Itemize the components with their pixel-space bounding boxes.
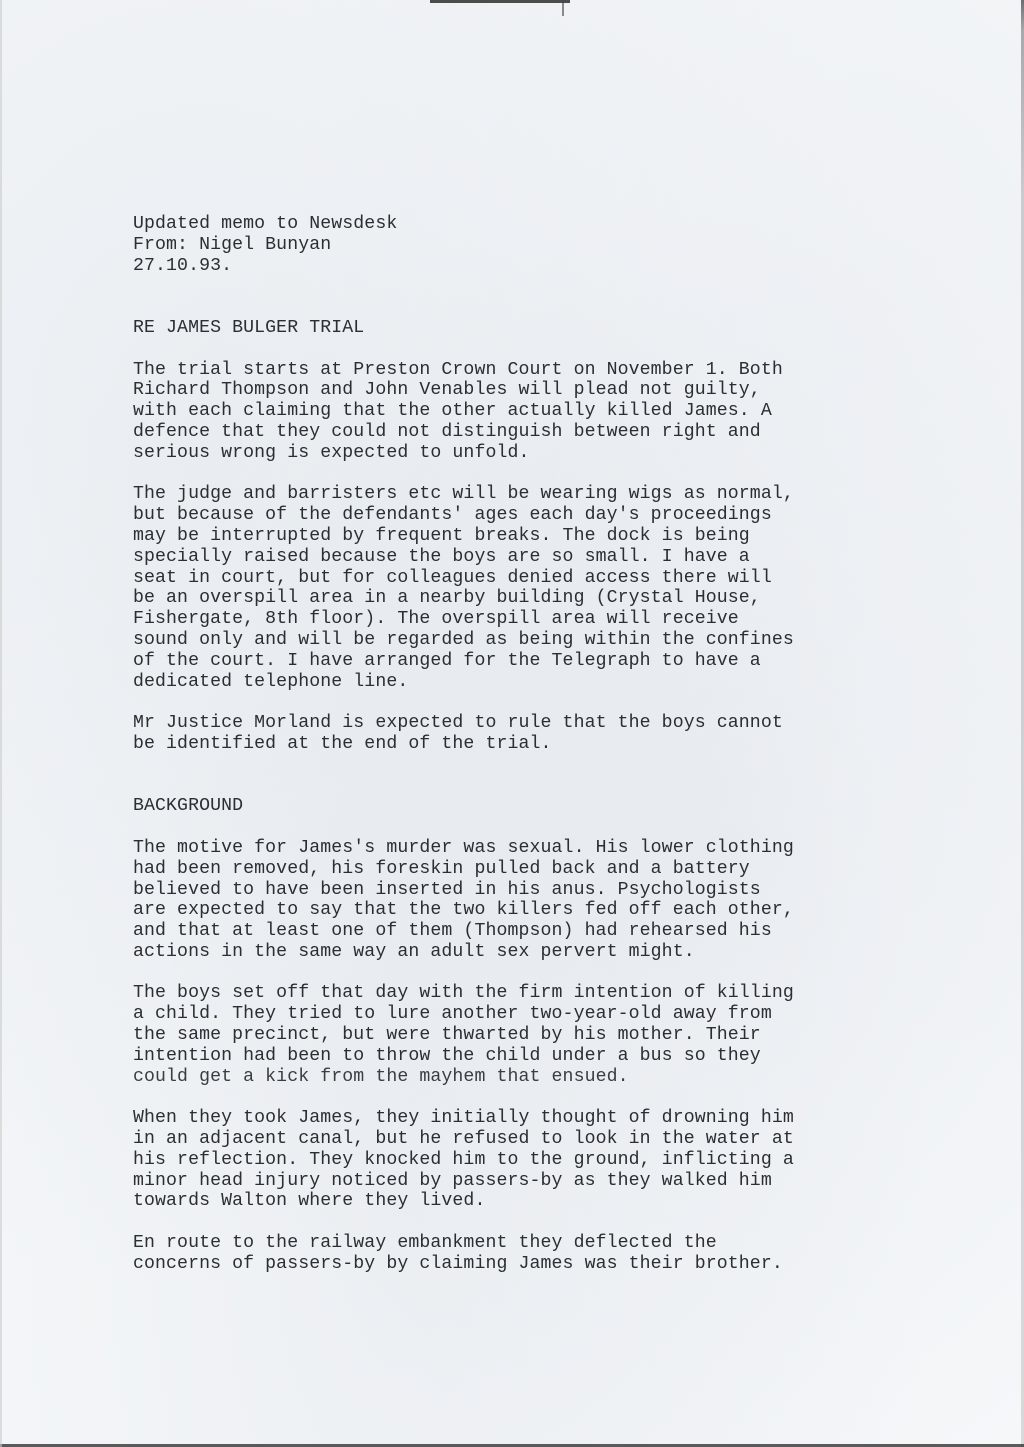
text-line: be identified at the end of the trial. — [133, 734, 913, 755]
text-line: The motive for James's murder was sexual… — [133, 838, 913, 859]
text-line: with each claiming that the other actual… — [133, 401, 913, 422]
text-line: the same precinct, but were thwarted by … — [133, 1025, 913, 1046]
memo-from: From: Nigel Bunyan — [133, 235, 913, 256]
text-line: minor head injury noticed by passers-by … — [133, 1171, 913, 1192]
text-line: had been removed, his foreskin pulled ba… — [133, 859, 913, 880]
text-line: The boys set off that day with the firm … — [133, 983, 913, 1004]
text-line: seat in court, but for colleagues denied… — [133, 568, 913, 589]
text-line: concerns of passers-by by claiming James… — [133, 1254, 913, 1275]
text-line: dedicated telephone line. — [133, 672, 913, 693]
paper-page: Updated memo to Newsdesk From: Nigel Bun… — [0, 0, 1024, 1447]
text-line: specially raised because the boys are so… — [133, 547, 913, 568]
text-line: Mr Justice Morland is expected to rule t… — [133, 713, 913, 734]
scan-edge-left — [0, 0, 2, 1447]
text-line: are expected to say that the two killers… — [133, 900, 913, 921]
paragraph: When they took James, they initially tho… — [133, 1108, 913, 1212]
paragraph: The judge and barristers etc will be wea… — [133, 484, 913, 692]
memo-title: Updated memo to Newsdesk — [133, 214, 913, 235]
text-line: The trial starts at Preston Crown Court … — [133, 360, 913, 381]
paragraph: Mr Justice Morland is expected to rule t… — [133, 713, 913, 755]
text-line: intention had been to throw the child un… — [133, 1046, 913, 1067]
text-line: serious wrong is expected to unfold. — [133, 443, 913, 464]
text-line: could get a kick from the mayhem that en… — [133, 1067, 913, 1088]
text-line: and that at least one of them (Thompson)… — [133, 921, 913, 942]
memo-date: 27.10.93. — [133, 256, 913, 277]
paragraph: The boys set off that day with the firm … — [133, 983, 913, 1087]
paragraph: En route to the railway embankment they … — [133, 1233, 913, 1275]
text-line: Richard Thompson and John Venables will … — [133, 380, 913, 401]
text-line: may be interrupted by frequent breaks. T… — [133, 526, 913, 547]
scan-edge-tick — [562, 0, 564, 16]
text-line: defence that they could not distinguish … — [133, 422, 913, 443]
background-section: The motive for James's murder was sexual… — [133, 838, 913, 1275]
text-line: The judge and barristers etc will be wea… — [133, 484, 913, 505]
text-line: sound only and will be regarded as being… — [133, 630, 913, 651]
background-heading: BACKGROUND — [133, 796, 913, 817]
paragraph: The motive for James's murder was sexual… — [133, 838, 913, 963]
text-line: actions in the same way an adult sex per… — [133, 942, 913, 963]
text-line: but because of the defendants' ages each… — [133, 505, 913, 526]
trial-section: The trial starts at Preston Crown Court … — [133, 360, 913, 755]
text-line: towards Walton where they lived. — [133, 1191, 913, 1212]
text-line: be an overspill area in a nearby buildin… — [133, 588, 913, 609]
text-line: of the court. I have arranged for the Te… — [133, 651, 913, 672]
scan-edge-mark — [430, 0, 570, 3]
text-line: believed to have been inserted in his an… — [133, 880, 913, 901]
text-line: in an adjacent canal, but he refused to … — [133, 1129, 913, 1150]
text-line: a child. They tried to lure another two-… — [133, 1004, 913, 1025]
text-line: Fishergate, 8th floor). The overspill ar… — [133, 609, 913, 630]
text-line: When they took James, they initially tho… — [133, 1108, 913, 1129]
text-line: En route to the railway embankment they … — [133, 1233, 913, 1254]
subject-heading: RE JAMES BULGER TRIAL — [133, 318, 913, 339]
paragraph: The trial starts at Preston Crown Court … — [133, 360, 913, 464]
text-line: his reflection. They knocked him to the … — [133, 1150, 913, 1171]
memo-header: Updated memo to Newsdesk From: Nigel Bun… — [133, 214, 913, 276]
memo-document: Updated memo to Newsdesk From: Nigel Bun… — [133, 214, 913, 1295]
